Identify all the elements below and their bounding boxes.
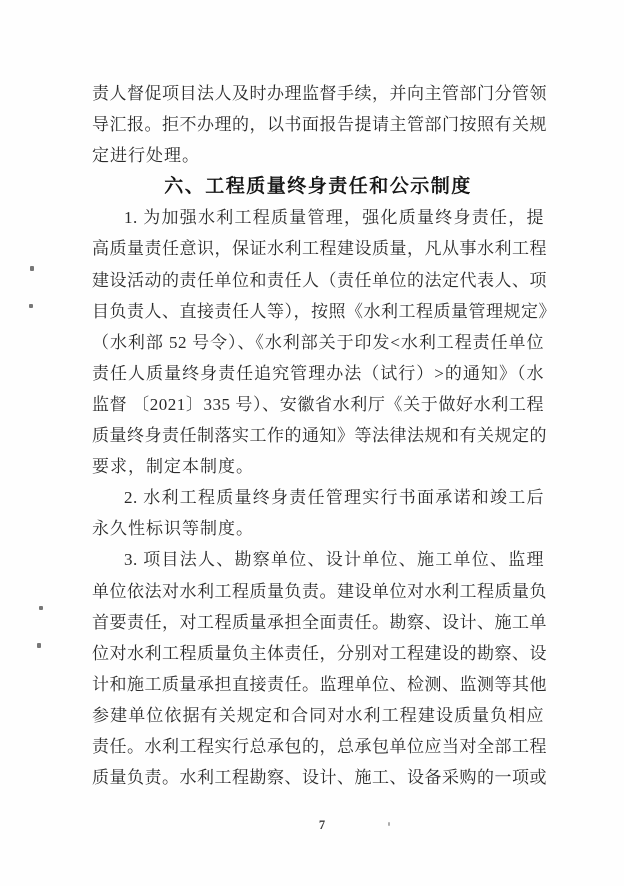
scan-speck bbox=[39, 606, 43, 610]
paragraph-line: 责任人质量终身责任追究管理办法（试行）>的通知》（水 bbox=[92, 358, 544, 389]
paragraph-line: 质量负责。水利工程勘察、设计、施工、设备采购的一项或 bbox=[92, 762, 544, 793]
paragraph-line: 监督 〔2021〕335 号）、安徽省水利厅《关于做好水利工程 bbox=[92, 389, 544, 420]
paragraph-line: 高质量责任意识，保证水利工程建设质量，凡从事水利工程 bbox=[92, 233, 544, 264]
paragraph-line: 参建单位依据有关规定和合同对水利工程建设质量负相应 bbox=[92, 700, 544, 731]
paragraph-line: 位对水利工程质量负主体责任，分别对工程建设的勘察、设 bbox=[92, 638, 544, 669]
paragraph-line: 目负责人、直接责任人等），按照《水利工程质量管理规定》 bbox=[92, 296, 544, 327]
paragraph-line: 责任。水利工程实行总承包的，总承包单位应当对全部工程 bbox=[92, 731, 544, 762]
scan-speck bbox=[388, 822, 390, 826]
page-number: 7 bbox=[310, 818, 334, 833]
paragraph-line: 计和施工质量承担直接责任。监理单位、检测、监测等其他 bbox=[92, 669, 544, 700]
paragraph-line: 质量终身责任制落实工作的通知》等法律法规和有关规定的 bbox=[92, 420, 544, 451]
paragraph-line: 导汇报。拒不办理的，以书面报告提请主管部门按照有关规 bbox=[92, 109, 544, 140]
page-body-text: 责人督促项目法人及时办理监督手续，并向主管部门分管领 导汇报。拒不办理的，以书面… bbox=[92, 78, 544, 793]
paragraph-line: 首要责任，对工程质量承担全面责任。勘察、设计、施工单 bbox=[92, 607, 544, 638]
paragraph-line: （水利部 52 号令）、《水利部关于印发<水利工程责任单位 bbox=[92, 327, 544, 358]
paragraph-line: 永久性标识等制度。 bbox=[92, 513, 544, 544]
paragraph-line: 3. 项目法人、勘察单位、设计单位、施工单位、监理 bbox=[92, 544, 544, 575]
paragraph-line: 建设活动的责任单位和责任人（责任单位的法定代表人、项 bbox=[92, 265, 544, 296]
document-page: 责人督促项目法人及时办理监督手续，并向主管部门分管领 导汇报。拒不办理的，以书面… bbox=[0, 0, 624, 886]
section-heading: 六、工程质量终身责任和公示制度 bbox=[92, 171, 544, 202]
scan-speck bbox=[29, 304, 33, 308]
paragraph-line: 1. 为加强水利工程质量管理，强化质量终身责任，提 bbox=[92, 202, 544, 233]
paragraph-line: 2. 水利工程质量终身责任管理实行书面承诺和竣工后 bbox=[92, 482, 544, 513]
paragraph-line: 要求，制定本制度。 bbox=[92, 451, 544, 482]
paragraph-line: 定进行处理。 bbox=[92, 140, 544, 171]
scan-speck bbox=[37, 643, 41, 648]
scan-speck bbox=[30, 266, 34, 271]
paragraph-line: 单位依法对水利工程质量负责。建设单位对水利工程质量负 bbox=[92, 576, 544, 607]
paragraph-line: 责人督促项目法人及时办理监督手续，并向主管部门分管领 bbox=[92, 78, 544, 109]
